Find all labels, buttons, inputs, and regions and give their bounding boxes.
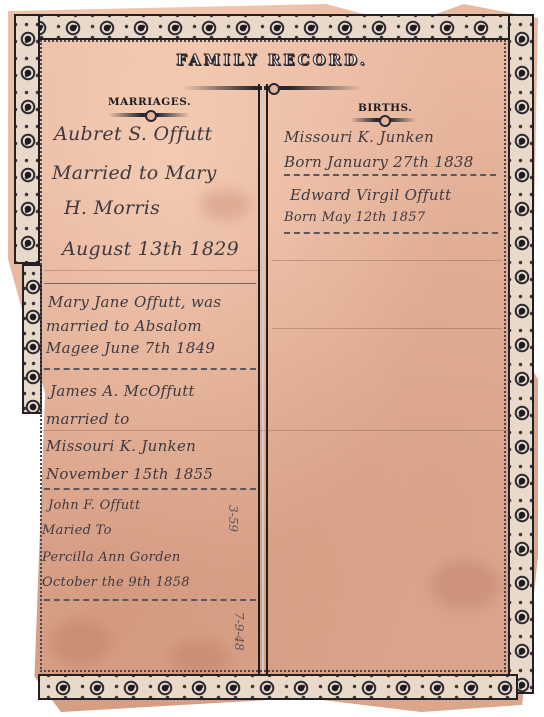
ornamental-border-right	[508, 14, 534, 694]
ruled-line	[44, 283, 256, 284]
marriages-flourish-icon	[108, 113, 190, 117]
entry-line: Aubret S. Offutt	[54, 123, 213, 145]
entry-line: Maried To	[42, 523, 112, 538]
births-heading: BIRTHS.	[358, 102, 412, 114]
entry-line: H. Morris	[64, 197, 160, 219]
ornamental-border-top	[14, 14, 534, 40]
births-flourish-icon	[350, 118, 416, 122]
crease	[44, 270, 258, 271]
column-divider	[258, 84, 268, 674]
margin-note: 3-59	[226, 505, 240, 532]
entry-line: Missouri K. Junken	[46, 437, 196, 455]
entry-line: John F. Offutt	[48, 498, 140, 513]
document-title: FAMILY RECORD.	[0, 51, 544, 69]
entry-line: Percilla Ann Gorden	[42, 550, 181, 565]
margin-note: 7-9-48	[232, 612, 246, 651]
crease	[40, 430, 510, 431]
entry-line: James A. McOffutt	[50, 382, 195, 400]
entry-line: August 13th 1829	[62, 238, 239, 260]
ruled-line	[284, 174, 496, 176]
entry-line: October the 9th 1858	[42, 575, 190, 590]
crease	[272, 328, 502, 329]
crease	[272, 260, 502, 261]
ruled-line	[284, 232, 498, 234]
entry-line: November 15th 1855	[46, 465, 213, 483]
ruled-line	[44, 488, 256, 490]
entry-line: Born January 27th 1838	[284, 153, 474, 171]
ornamental-border-bottom	[38, 674, 518, 700]
ruled-line	[44, 599, 256, 601]
entry-line: Magee June 7th 1849	[46, 339, 215, 357]
entry-line: Edward Virgil Offutt	[290, 186, 452, 204]
ornamental-border-left-torn	[22, 264, 42, 414]
entry-line: married to Absalom	[46, 317, 202, 335]
entry-line: Born May 12th 1857	[284, 210, 425, 225]
title-flourish-icon	[182, 86, 362, 90]
entry-line: Married to Mary	[52, 162, 217, 184]
marriages-heading: MARRIAGES.	[108, 96, 191, 108]
entry-line: Mary Jane Offutt, was	[48, 293, 221, 311]
entry-line: Missouri K. Junken	[284, 128, 434, 146]
ruled-line	[44, 368, 256, 370]
entry-line: married to	[46, 410, 130, 428]
